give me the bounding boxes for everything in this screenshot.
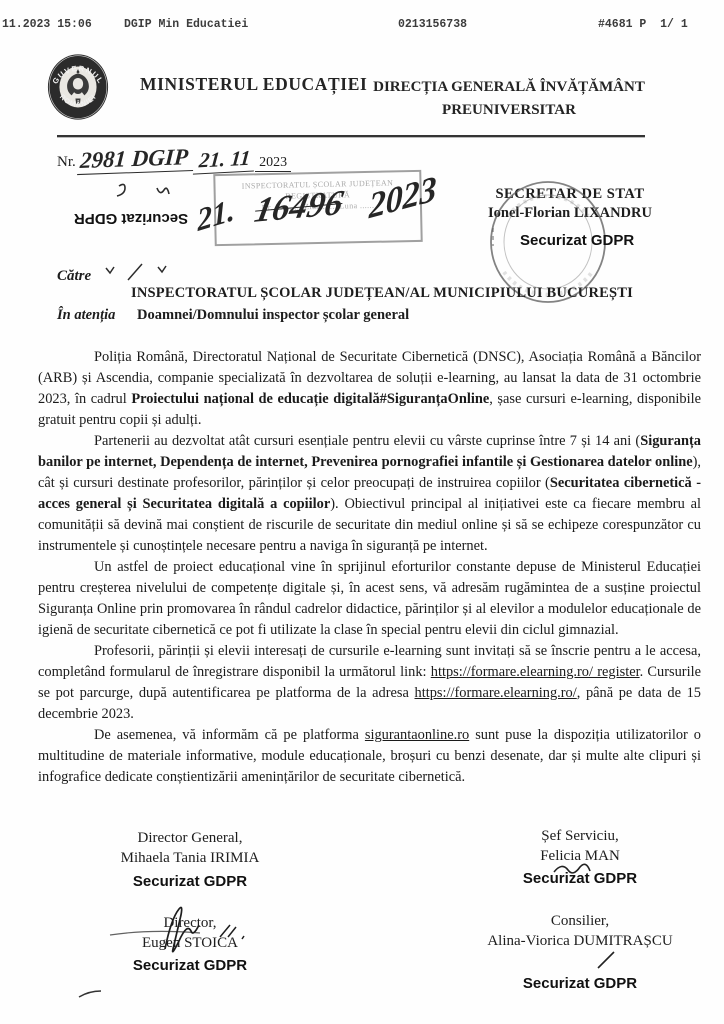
link-formare-platform: https://formare.elearning.ro/ xyxy=(415,685,577,701)
handwritten-signature-scribble xyxy=(70,905,290,957)
directorate-line1: DIRECȚIA GENERALĂ ÎNVĂȚĂMÂNT xyxy=(368,76,650,99)
fax-sender: DGIP Min Educatiei xyxy=(124,18,248,31)
paragraph-1: Poliția Română, Directoratul Național de… xyxy=(38,347,701,431)
nr-label: Nr. xyxy=(57,154,76,170)
handwritten-reg-date: 21. 11 xyxy=(193,145,257,174)
paragraph-5: De asemenea, vă informăm că pe platforma… xyxy=(38,725,701,788)
header-divider xyxy=(57,135,645,137)
signature-role: Șef Serviciu, xyxy=(430,826,724,846)
fax-page-info: #4681 P 1/ 1 xyxy=(598,18,688,31)
attention-value: Doamnei/Domnului inspector școlar genera… xyxy=(137,307,409,323)
paragraph-3: Un astfel de proiect educațional vine în… xyxy=(38,557,701,641)
fax-timestamp: 11.2023 15:06 xyxy=(2,18,92,31)
catre-label: Către xyxy=(57,268,91,285)
ministry-title: MINISTERUL EDUCAȚIEI xyxy=(140,74,367,95)
attention-line: În atenția Doamnei/Domnului inspector șc… xyxy=(57,307,409,324)
gdpr-stamp-signature: Securizat GDPR xyxy=(430,974,724,994)
scanned-letter-page: 11.2023 15:06 DGIP Min Educatiei 0213156… xyxy=(0,0,724,1024)
gdpr-stamp-signature: Securizat GDPR xyxy=(40,956,340,976)
signature-name: Mihaela Tania IRIMIA xyxy=(40,848,340,868)
text-segment: Un astfel de proiect educațional vine în… xyxy=(38,559,701,638)
government-seal-logo: GUVERNUL ROMÂNIEI xyxy=(46,52,110,122)
letter-body: Poliția Română, Directoratul Național de… xyxy=(38,347,701,788)
directorate-line2: PREUNIVERSITAR xyxy=(368,99,650,122)
fax-number: 0213156738 xyxy=(398,18,467,31)
gdpr-stamp-signature: Securizat GDPR xyxy=(40,872,340,892)
handwritten-reg-number: 2981 DGIP xyxy=(77,144,195,175)
attention-label: În atenția xyxy=(57,307,115,323)
gdpr-stamp-inverted: Securizat GDPR xyxy=(64,210,198,227)
signature-consilier: Consilier, Alina-Viorica DUMITRAȘCU xyxy=(430,911,724,951)
directorate-title: DIRECȚIA GENERALĂ ÎNVĂȚĂMÂNT PREUNIVERSI… xyxy=(368,76,650,122)
registry-hw-day: 21. xyxy=(196,191,235,239)
text-segment: De asemenea, vă informăm că pe platforma xyxy=(94,727,365,743)
handwriting-mark xyxy=(105,180,185,206)
signature-role: Consilier, xyxy=(430,911,724,931)
handwriting-mark xyxy=(75,988,105,1000)
text-segment: Partenerii au dezvoltat atât cursuri ese… xyxy=(94,433,640,449)
gdpr-stamp-secretary: Securizat GDPR xyxy=(520,232,634,249)
reg-year: 2023 xyxy=(255,155,291,172)
text-segment-bold: Proiectului național de educație digital… xyxy=(131,391,489,407)
handwriting-mark xyxy=(98,262,178,284)
signature-role: Director General, xyxy=(40,828,340,848)
link-formare-register: https://formare.elearning.ro/ register xyxy=(431,664,640,680)
link-sigurantaonline: sigurantaonline.ro xyxy=(365,727,469,743)
fax-header: 11.2023 15:06 DGIP Min Educatiei 0213156… xyxy=(0,18,724,34)
registry-hw-number: 16496 xyxy=(251,183,346,231)
recipient-institution: INSPECTORATUL ȘCOLAR JUDEȚEAN/AL MUNICIP… xyxy=(80,285,684,302)
registration-line: Nr.2981 DGIP21. 112023 xyxy=(57,146,291,173)
handwritten-signature xyxy=(592,950,622,970)
paragraph-2: Partenerii au dezvoltat atât cursuri ese… xyxy=(38,431,701,557)
paragraph-4: Profesorii, părinții și elevii interesaț… xyxy=(38,641,701,725)
signature-name: Alina-Viorica DUMITRAȘCU xyxy=(430,931,724,951)
signature-director-general: Director General, Mihaela Tania IRIMIA xyxy=(40,828,340,868)
gdpr-stamp-signature: Securizat GDPR xyxy=(430,869,724,889)
